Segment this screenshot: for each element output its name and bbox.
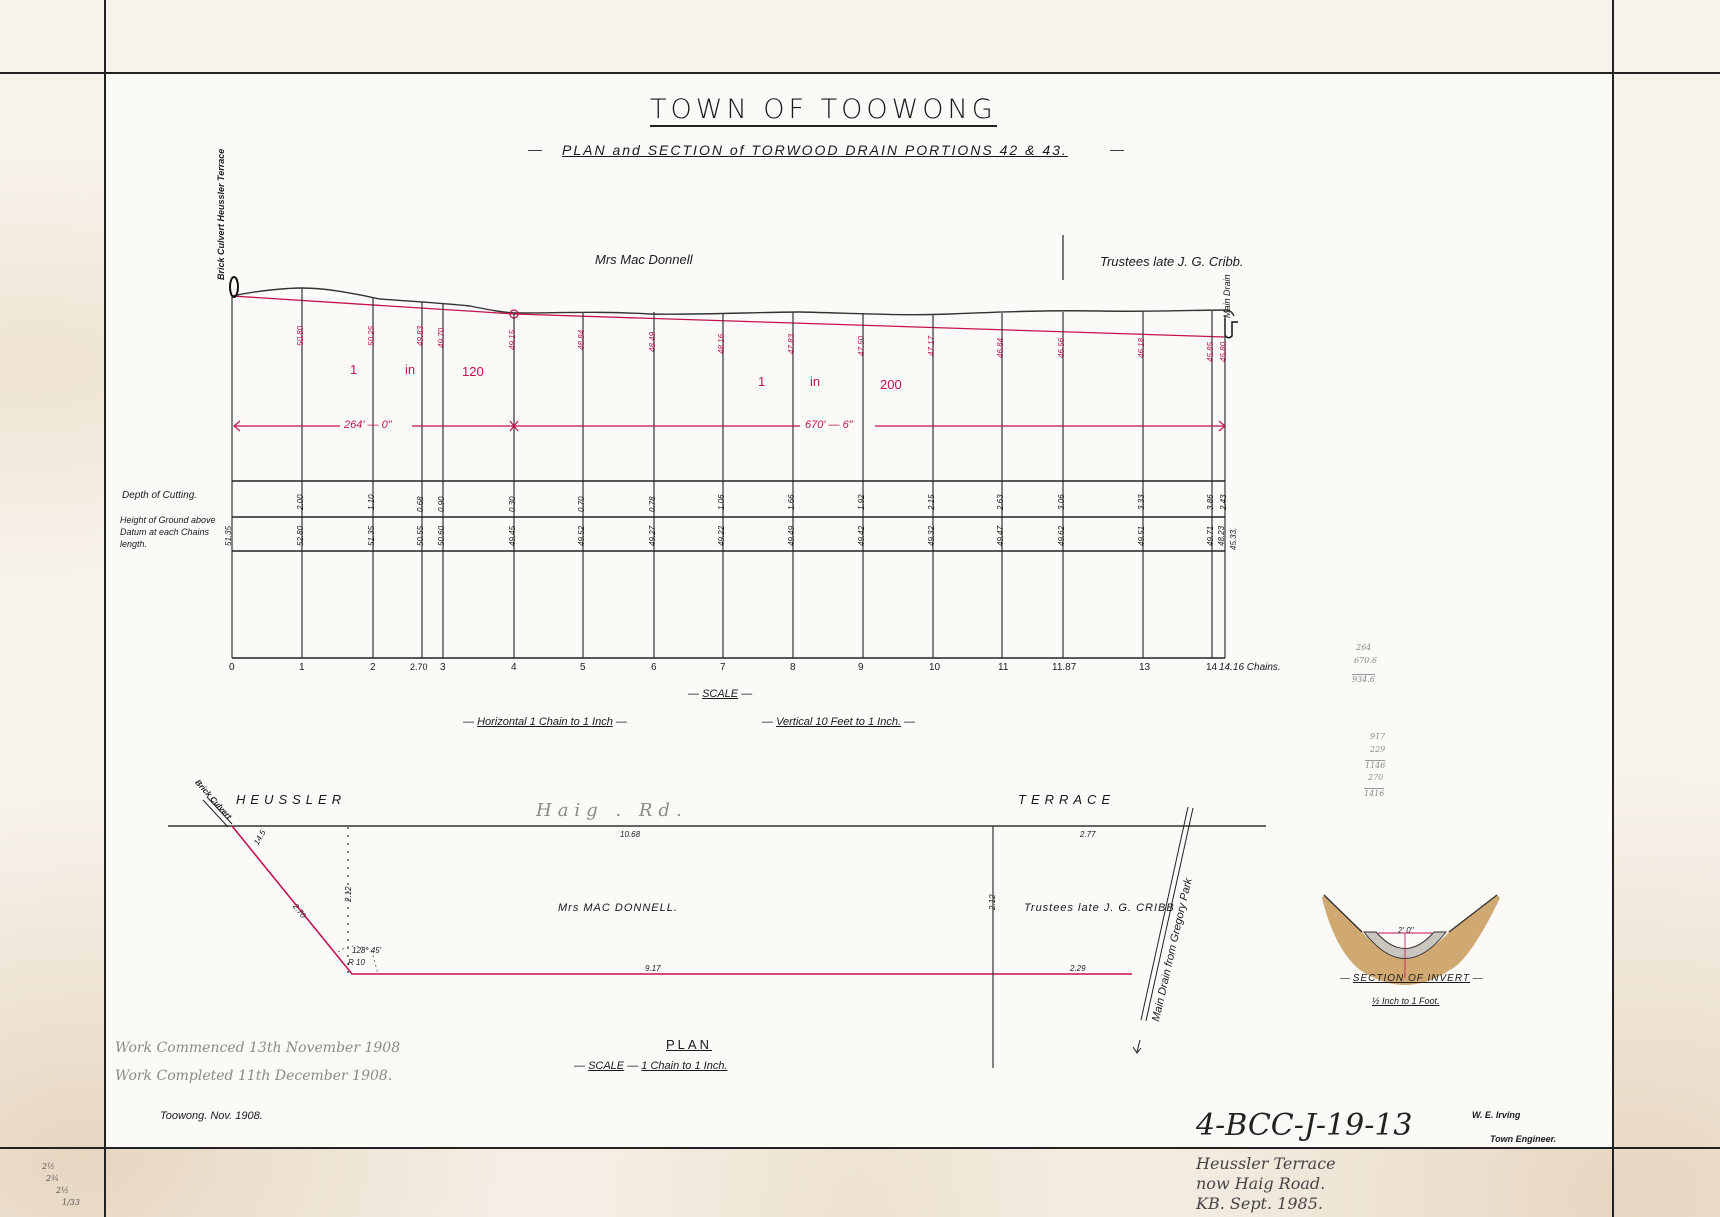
depth-1: 2.00	[296, 494, 305, 510]
reference-number: 4-BCC-J-19-13	[1196, 1108, 1413, 1143]
gradient-1-a: 1	[350, 362, 357, 377]
scale-horizontal: — Horizontal 1 Chain to 1 Inch —	[463, 716, 627, 728]
invert-level-16: 45.80	[1219, 342, 1228, 362]
plan-owner-left: Mrs MAC DONNELL.	[558, 902, 678, 914]
depth-5: 0.30	[508, 496, 517, 512]
x-tick-6: 5	[580, 662, 586, 673]
plan-scale: — SCALE — 1 Chain to 1 Inch.	[574, 1060, 728, 1072]
page-subtitle: PLAN and SECTION of TORWOOD DRAIN PORTIO…	[562, 142, 1068, 158]
street-right-label: TERRACE	[1018, 792, 1115, 807]
engineer-title: Town Engineer.	[1490, 1134, 1556, 1144]
invert-level-4: 49.70	[437, 328, 446, 348]
x-tick-5: 4	[511, 662, 517, 673]
depth-7: 0.78	[648, 496, 657, 512]
invert-level-1: 50.80	[296, 326, 305, 346]
depth-3: 0.68	[416, 496, 425, 512]
page-title: TOWN OF TOOWONG	[650, 94, 997, 127]
archive-note-2: now Haig Road.	[1196, 1174, 1325, 1193]
invert-level-5: 49.15	[508, 330, 517, 350]
corner-note-3: 2½	[56, 1186, 69, 1195]
height-3: 50.55	[416, 526, 425, 546]
invert-title: — SECTION OF INVERT —	[1340, 973, 1483, 984]
invert-level-12: 46.84	[996, 338, 1005, 358]
dim-top-right: 2.77	[1080, 830, 1096, 839]
calc-note-2d: 270	[1368, 773, 1383, 782]
scale-vertical-text: Vertical 10 Feet to 1 Inch.	[776, 716, 901, 728]
calc-note-1a: 264	[1356, 643, 1371, 652]
depth-9: 1.66	[787, 494, 796, 510]
invert-level-2: 50.25	[367, 326, 376, 346]
x-tick-9: 8	[790, 662, 796, 673]
owner-left-label: Mrs Mac Donnell	[595, 252, 693, 267]
x-tick-4: 3	[440, 662, 446, 673]
height-9: 49.49	[787, 526, 796, 546]
end-height: 45.33.	[1229, 528, 1238, 550]
subtitle-dash-left: —	[528, 141, 542, 157]
corner-note-1: 2½	[42, 1162, 55, 1171]
depth-2: 1.10	[367, 494, 376, 510]
depth-6: 0.70	[577, 496, 586, 512]
invert-scale: ½ Inch to 1 Foot.	[1372, 996, 1440, 1006]
invert-level-7: 48.49	[648, 332, 657, 352]
calc-note-2b: 229	[1370, 745, 1385, 754]
culvert-label: Brick Culvert Heussler Terrace	[216, 149, 226, 280]
place-date: Toowong. Nov. 1908.	[160, 1110, 263, 1122]
depth-14: 3.33	[1137, 494, 1146, 510]
x-tick-15: 14	[1206, 662, 1217, 673]
depth-4: 0.90	[437, 496, 446, 512]
main-drain-label: Main Drain	[1222, 274, 1232, 318]
height-5: 49.45	[508, 526, 517, 546]
height-15: 49.71	[1206, 526, 1215, 546]
x-tick-3: 2.70	[410, 662, 428, 672]
scale-title: — SCALE —	[688, 688, 752, 700]
drawing-lines	[0, 0, 1720, 1217]
x-tick-0: 0	[229, 662, 235, 673]
height-16: 48.23	[1217, 526, 1226, 546]
x-tick-12: 11	[998, 662, 1008, 673]
dimension-1: 264' — 0"	[344, 419, 392, 431]
calc-note-1b: 670.6	[1354, 656, 1377, 665]
height-0: 51.35	[224, 526, 233, 546]
invert-level-9: 47.83	[787, 334, 796, 354]
depth-row-label: Depth of Cutting.	[122, 490, 197, 501]
archive-note-3: KB. Sept. 1985.	[1196, 1194, 1323, 1213]
invert-level-3: 49.83	[416, 326, 425, 346]
x-tick-16: 14.16 Chains.	[1219, 662, 1281, 673]
dimension-2: 670' — 6"	[805, 419, 853, 431]
gradient-1-in: in	[405, 362, 415, 377]
depth-15: 3.86	[1206, 494, 1215, 510]
height-7: 49.27	[648, 526, 657, 546]
calc-note-2c: 1146	[1365, 760, 1385, 770]
height-11: 49.32	[927, 526, 936, 546]
height-12: 49.47	[996, 526, 1005, 546]
calc-note-2a: 917	[1370, 732, 1385, 741]
invert-level-15: 45.85	[1206, 342, 1215, 362]
corner-note-4: 1/33	[62, 1198, 80, 1207]
work-completed-note: Work Completed 11th December 1908.	[115, 1068, 392, 1084]
calc-note-1c: 934.6	[1352, 674, 1375, 684]
depth-16: 2.43	[1219, 494, 1228, 510]
x-tick-7: 6	[651, 662, 657, 673]
depth-10: 1.92	[857, 494, 866, 510]
height-8: 49.22	[717, 526, 726, 546]
radius-label: R 10	[348, 958, 365, 967]
work-commenced-note: Work Commenced 13th November 1908	[115, 1040, 400, 1056]
dim-top-left: 10.68	[620, 830, 640, 839]
x-tick-14: 13	[1139, 662, 1150, 673]
height-13: 49.62	[1057, 526, 1066, 546]
corner-note-2: 2¾	[46, 1174, 59, 1183]
gradient-1-b: 120	[462, 364, 484, 379]
invert-level-10: 47.50	[857, 336, 866, 356]
dim-vertical: 2.12	[344, 886, 353, 902]
x-tick-11: 10	[929, 662, 940, 673]
x-tick-1: 1	[299, 662, 305, 673]
gradient-2-b: 200	[880, 377, 902, 392]
x-tick-13: 11.87	[1052, 662, 1076, 673]
height-6: 49.52	[577, 526, 586, 546]
invert-level-11: 47.17	[927, 336, 936, 356]
dim-bottom-right: 2.29	[1070, 964, 1086, 973]
height-14: 49.51	[1137, 526, 1146, 546]
depth-13: 3.06	[1057, 494, 1066, 510]
x-tick-2: 2	[370, 662, 376, 673]
height-10: 49.42	[857, 526, 866, 546]
height-1: 52.80	[296, 526, 305, 546]
plan-scale-text: 1 Chain to 1 Inch.	[641, 1060, 727, 1072]
street-left-label: HEUSSLER	[236, 792, 346, 807]
scale-title-text: SCALE	[702, 688, 738, 700]
engineer-name: W. E. Irving	[1472, 1110, 1520, 1120]
owner-right-label: Trustees late J. G. Cribb.	[1100, 254, 1244, 269]
depth-11: 2.15	[927, 494, 936, 510]
height-4: 50.60	[437, 526, 446, 546]
dim-vertical-right: 2.12	[988, 894, 997, 910]
subtitle-dash-right: —	[1110, 141, 1124, 157]
gradient-2-a: 1	[758, 374, 765, 389]
plan-title: PLAN	[666, 1037, 712, 1052]
dim-bottom-left: 9.17	[645, 964, 661, 973]
plan-owner-right: Trustees late J. G. CRIBB	[1024, 902, 1175, 914]
scale-vertical: — Vertical 10 Feet to 1 Inch. —	[762, 716, 915, 728]
invert-level-14: 46.18	[1137, 338, 1146, 358]
invert-level-8: 48.16	[717, 334, 726, 354]
scale-horizontal-text: Horizontal 1 Chain to 1 Inch	[477, 716, 613, 728]
x-tick-10: 9	[858, 662, 864, 673]
height-row-label: Height of Ground above Datum at each Cha…	[120, 514, 225, 550]
invert-width: 2' 0"	[1398, 926, 1414, 935]
plan-scale-label: SCALE	[588, 1060, 624, 1072]
angle-label: 128° 45'	[352, 946, 381, 955]
x-tick-8: 7	[720, 662, 726, 673]
invert-level-6: 48.84	[577, 330, 586, 350]
invert-level-13: 46.56	[1057, 338, 1066, 358]
pencil-road-note: Haig . Rd.	[536, 800, 688, 821]
calc-note-2e: 1416	[1364, 788, 1384, 798]
depth-8: 1.06	[717, 494, 726, 510]
invert-title-text: SECTION OF INVERT	[1353, 973, 1470, 984]
height-2: 51.35	[367, 526, 376, 546]
depth-12: 2.63	[996, 494, 1005, 510]
gradient-2-in: in	[810, 374, 820, 389]
archive-note-1: Heussler Terrace	[1196, 1154, 1336, 1173]
